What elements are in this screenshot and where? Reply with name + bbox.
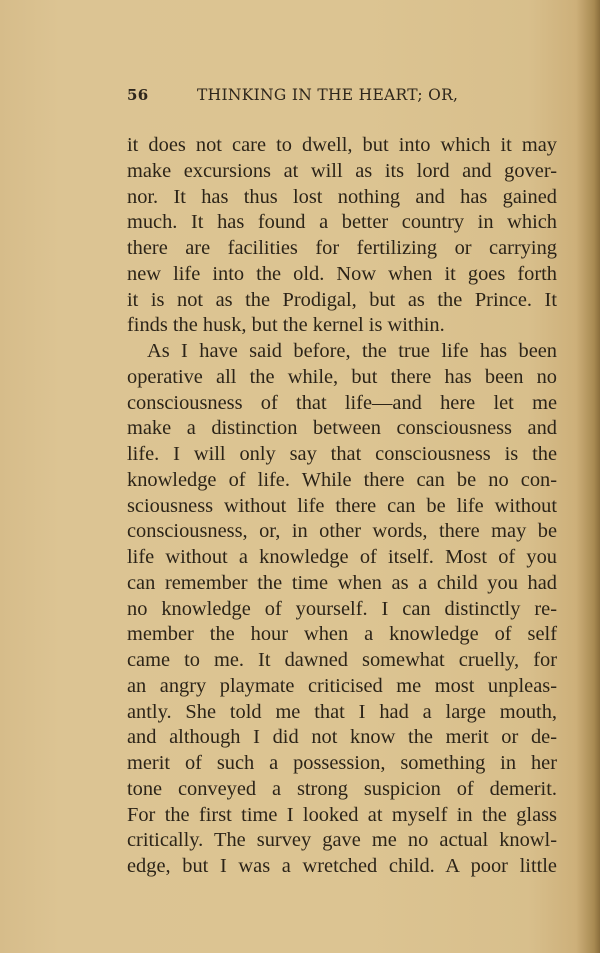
text-line: edge, but I was a wretched child. A poor… [127, 854, 557, 880]
text-line: it does not care to dwell, but into whic… [127, 133, 557, 159]
running-head-title: THINKING IN THE HEART; OR, [197, 86, 458, 104]
text-line: life. I will only say that consciousness… [127, 442, 557, 468]
text-line: came to me. It dawned somewhat cruelly, … [127, 648, 557, 674]
paragraph-1: it does not care to dwell, but into whic… [127, 133, 557, 339]
text-line: merit of such a possession, something in… [127, 751, 557, 777]
text-line: tone conveyed a strong suspicion of deme… [127, 777, 557, 803]
text-line: can remember the time when as a child yo… [127, 571, 557, 597]
text-line: make a distinction between consciousness… [127, 416, 557, 442]
text-line: consciousness, or, in other words, there… [127, 519, 557, 545]
text-line: much. It has found a better country in w… [127, 210, 557, 236]
text-line: finds the husk, but the kernel is within… [127, 313, 557, 339]
text-line: As I have said before, the true life has… [127, 339, 557, 365]
paragraph-2: As I have said before, the true life has… [127, 339, 557, 880]
text-line: and although I did not know the merit or… [127, 725, 557, 751]
text-line: member the hour when a knowledge of self [127, 622, 557, 648]
text-line: life without a knowledge of itself. Most… [127, 545, 557, 571]
text-line: antly. She told me that I had a large mo… [127, 700, 557, 726]
text-line: nor. It has thus lost nothing and has ga… [127, 185, 557, 211]
text-line: For the first time I looked at myself in… [127, 803, 557, 829]
text-line: make excursions at will as its lord and … [127, 159, 557, 185]
page-number: 56 [127, 86, 197, 104]
running-head: 56 THINKING IN THE HEART; OR, [127, 86, 557, 104]
text-line: operative all the while, but there has b… [127, 365, 557, 391]
text-line: it is not as the Prodigal, but as the Pr… [127, 288, 557, 314]
text-line: knowledge of life. While there can be no… [127, 468, 557, 494]
text-line: sciousness without life there can be lif… [127, 494, 557, 520]
text-line: new life into the old. Now when it goes … [127, 262, 557, 288]
text-line: no knowledge of yourself. I can distinct… [127, 597, 557, 623]
body-text: it does not care to dwell, but into whic… [127, 133, 557, 880]
text-line: consciousness of that life—and here let … [127, 391, 557, 417]
book-page: 56 THINKING IN THE HEART; OR, it does no… [0, 0, 600, 953]
text-line: an angry playmate criticised me most unp… [127, 674, 557, 700]
text-line: there are facilities for fertilizing or … [127, 236, 557, 262]
text-line: critically. The survey gave me no actual… [127, 828, 557, 854]
